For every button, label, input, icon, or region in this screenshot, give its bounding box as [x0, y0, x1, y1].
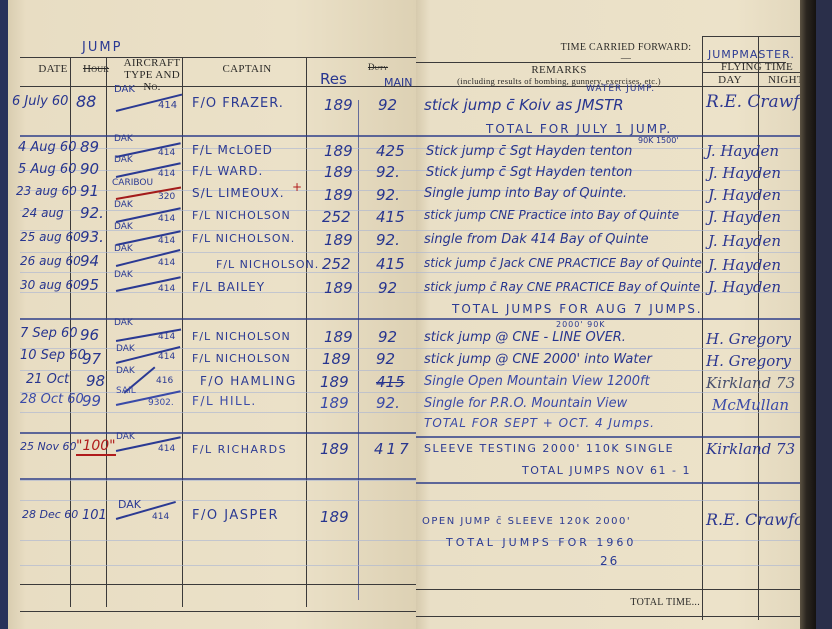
total-time-label: TOTAL TIME...: [566, 597, 700, 608]
row-date: 4 Aug 60: [18, 140, 76, 155]
row-res: 189: [324, 142, 353, 160]
remark-total: TOTAL FOR JULY 1 JUMP.: [486, 122, 672, 136]
footer-line: [416, 616, 812, 617]
row-jump-no: 92.: [80, 204, 104, 222]
month-separator: [20, 135, 416, 137]
month-separator: [20, 432, 416, 434]
res-main-divider: [358, 100, 359, 600]
row-aircraft-type: DAK: [114, 155, 133, 165]
month-separator: [20, 318, 416, 320]
row-main: 92.: [376, 394, 400, 412]
jumpmaster-note: JUMPMASTER.: [708, 48, 795, 61]
row-aircraft-type: DAK: [114, 222, 133, 232]
row-jump-no: 90: [80, 160, 99, 178]
remark-total: TOTAL JUMPS FOR 1960: [446, 536, 636, 549]
row-date: 7 Sep 60: [20, 326, 78, 341]
row-res: 189: [324, 163, 353, 181]
logbook-left-page: JUMP DATE Hour AIRCRAFT TYPE AND No. CAP…: [8, 0, 416, 629]
row-jump-no: 96: [80, 326, 99, 344]
row-captain: F/L NICHOLSON: [192, 330, 291, 343]
column-divider: [702, 36, 703, 620]
row-date: 25 aug 60: [20, 230, 81, 244]
aircraft-label: AIRCRAFT: [124, 57, 181, 69]
row-res: 189: [320, 508, 349, 526]
remarks-sub-label: (including results of bombing, gunnery, …: [416, 76, 702, 86]
row-jump-no: 94: [80, 252, 99, 270]
row-aircraft-type: DAK: [114, 270, 133, 280]
row-aircraft-type: DAK: [114, 134, 133, 144]
row-captain: F/L McLOED: [192, 143, 273, 157]
book-page-edges: [800, 0, 816, 629]
row-captain: F/L NICHOLSON: [192, 209, 291, 222]
remark-text: OPEN JUMP c̄ SLEEVE 120K 2000': [422, 516, 631, 527]
row-res: 189: [324, 231, 353, 249]
row-captain: F/L WARD.: [192, 164, 263, 178]
column-header-day: DAY: [702, 74, 758, 86]
row-aircraft-type: DAK: [114, 84, 135, 95]
row-captain: S/L LIMEOUX.: [192, 186, 285, 200]
row-jump-no: 98: [86, 372, 105, 390]
row-jump-no: 89: [80, 138, 99, 156]
row-captain: F/L NICHOLSON.: [216, 258, 319, 271]
row-jump-no: 91: [80, 182, 99, 200]
logbook-right-page: TIME CARRIED FORWARD:— JUMPMASTER. REMAR…: [416, 0, 816, 629]
row-jump-no: 99: [82, 392, 101, 410]
row-aircraft-no: 414: [158, 100, 177, 111]
footer-line: [416, 589, 812, 590]
month-separator: [416, 482, 812, 484]
remark-text: stick jump @ CNE - LINE OVER.: [424, 330, 626, 345]
remark-text: stick jump @ CNE 2000' into Water: [424, 352, 652, 367]
remark-text: Stick jump c̄ Sgt Hayden tenton: [426, 144, 632, 159]
row-captain: F/L NICHOLSON: [192, 352, 291, 365]
row-aircraft-no: 414: [158, 148, 175, 158]
row-res: 189: [322, 350, 351, 368]
remark-text: Stick jump c̄ Sgt Hayden tenton: [426, 165, 632, 180]
column-header-date: DATE: [22, 63, 84, 75]
row-date: 28 Dec 60: [22, 508, 78, 521]
jumpmaster-signature: H. Gregory: [706, 330, 791, 348]
row-main: 415: [376, 255, 405, 273]
month-separator: [20, 478, 416, 480]
remark-text: SLEEVE TESTING 2000' 110K SINGLE: [424, 442, 674, 455]
jumpmaster-signature: McMullan: [712, 396, 789, 414]
remark-text: stick jump c̄ Koiv as JMSTR: [424, 96, 624, 114]
row-main: 92: [378, 328, 397, 346]
row-aircraft-type: DAK: [116, 344, 135, 354]
jumpmaster-signature: J. Hayden: [708, 278, 781, 296]
row-aircraft-no: 414: [158, 284, 175, 294]
row-captain: F/L NICHOLSON.: [192, 232, 295, 245]
row-aircraft-type: CARIBOU: [112, 178, 153, 188]
row-jump-no: 95: [80, 276, 99, 294]
row-aircraft-no: 414: [158, 444, 175, 454]
remark-text: stick jump c̄ Jack CNE PRACTICE Bay of Q…: [424, 256, 702, 270]
column-divider: [306, 57, 307, 607]
row-aircraft-type: DAK: [114, 244, 133, 254]
row-jump-no-milestone: "100": [76, 438, 116, 456]
remark-text: Single jump into Bay of Quinte.: [424, 186, 627, 201]
row-date: 24 aug: [22, 206, 64, 220]
jump-header-note: JUMP: [82, 40, 122, 55]
column-header-duty: Duty: [358, 62, 398, 72]
row-main: 417: [374, 440, 412, 458]
row-date: 26 aug 60: [20, 254, 81, 268]
row-res: 189: [324, 279, 353, 297]
jumpmaster-signature: J. Hayden: [708, 208, 781, 226]
remark-total: TOTAL JUMPS FOR AUG 7 JUMPS.: [452, 302, 703, 316]
row-aircraft-no: 9302.: [148, 398, 174, 408]
row-captain: F/O HAMLING: [200, 374, 297, 388]
row-date: 28 Oct 60: [20, 392, 84, 407]
jumpmaster-signature: Kirkland 73: [706, 440, 795, 458]
row-jump-no: 97: [82, 350, 101, 368]
column-header-captain: CAPTAIN: [184, 63, 310, 75]
row-aircraft-type: DAK: [116, 366, 135, 376]
jumpmaster-signature: J. Hayden: [708, 164, 781, 182]
row-date: 21 Oct: [26, 372, 69, 387]
jumpmaster-signature: H. Gregory: [706, 352, 791, 370]
row-aircraft-no: 414: [158, 214, 175, 224]
jumpmaster-signature: Kirkland 73: [706, 374, 795, 392]
row-main: 92: [376, 350, 395, 368]
column-header-hour: Hour: [78, 63, 114, 75]
row-aircraft-type: SAIL: [116, 386, 136, 396]
column-header-remarks: REMARKS (including results of bombing, g…: [416, 64, 702, 86]
row-res: 189: [324, 186, 353, 204]
row-aircraft-no: 414: [158, 169, 175, 179]
column-divider: [106, 57, 107, 607]
row-main: 425: [376, 142, 405, 160]
remark-text: single from Dak 414 Bay of Quinte: [424, 232, 649, 247]
remarks-label: REMARKS: [531, 64, 586, 76]
remark-total: TOTAL FOR SEPT + OCT. 4 Jumps.: [424, 416, 655, 430]
footer-line: [20, 584, 416, 585]
row-aircraft-no: 414: [158, 236, 175, 246]
row-res: 189: [320, 394, 349, 412]
column-header-main: MAIN: [384, 76, 413, 89]
column-header-res: Res: [320, 70, 347, 88]
row-captain: F/O FRAZER.: [192, 96, 284, 111]
row-captain: F/L BAILEY: [192, 280, 265, 294]
row-aircraft-type: DAK: [114, 318, 133, 328]
red-cross-mark: +: [292, 180, 302, 194]
row-aircraft-no: 414: [152, 512, 169, 522]
time-carried-forward-label: TIME CARRIED FORWARD:—: [556, 42, 696, 64]
flying-time-top-line: [702, 36, 812, 37]
jumpmaster-signature: J. Hayden: [708, 232, 781, 250]
remark-total: TOTAL JUMPS NOV 61 - 1: [522, 464, 691, 477]
row-res: 189: [324, 328, 353, 346]
row-main: 415: [376, 373, 405, 391]
row-aircraft-type: DAK: [116, 432, 135, 442]
jumpmaster-signature: J. Hayden: [708, 256, 781, 274]
row-date: 23 aug 60: [16, 184, 77, 198]
jumpmaster-signature: J. Hayden: [708, 186, 781, 204]
row-main: 92.: [376, 186, 400, 204]
row-main: 92.: [376, 163, 400, 181]
remark-text: stick jump CNE Practice into Bay of Quin…: [424, 208, 679, 222]
row-main: 92: [378, 279, 397, 297]
remark-note: WATER JUMP.: [586, 84, 655, 94]
row-aircraft-type: DAK: [118, 498, 141, 511]
jumpmaster-signature: J. Hayden: [706, 142, 779, 160]
row-date: 25 Nov 60: [20, 440, 76, 453]
row-res: 252: [322, 208, 351, 226]
remark-note: 90K 1500': [638, 136, 679, 145]
book-cover-edge: [0, 0, 8, 629]
row-date: 10 Sep 60: [20, 348, 86, 363]
row-res: 189: [324, 96, 353, 114]
row-main: 92: [378, 96, 397, 114]
year-total-count: 26: [600, 554, 619, 568]
row-date: 6 July 60: [12, 94, 68, 109]
row-captain: F/O JASPER: [192, 508, 279, 523]
remark-note: 2000' 90K: [556, 320, 606, 329]
row-captain: F/L HILL.: [192, 394, 257, 408]
row-aircraft-no: 414: [158, 352, 175, 362]
header-top-line: [20, 57, 416, 58]
month-separator: [416, 436, 812, 438]
remark-text: stick jump c̄ Ray CNE PRACTICE Bay of Qu…: [424, 280, 700, 294]
footer-line: [20, 611, 416, 612]
row-aircraft-no: 320: [158, 192, 175, 202]
row-date: 5 Aug 60: [18, 162, 76, 177]
month-separator: [416, 318, 812, 320]
remark-text: Single for P.R.O. Mountain View: [424, 396, 627, 411]
row-aircraft-no: 414: [158, 258, 175, 268]
row-main: 415: [376, 208, 405, 226]
row-jump-no: 101: [82, 508, 107, 523]
row-res: 189: [320, 373, 349, 391]
column-divider: [182, 57, 183, 607]
row-date: 30 aug 60: [20, 278, 81, 292]
row-jump-no: 93.: [80, 228, 104, 246]
row-res: 252: [322, 255, 351, 273]
row-aircraft-no: 416: [156, 376, 173, 386]
row-captain: F/L RICHARDS: [192, 443, 287, 456]
column-header-flying-time: FLYING TIME: [702, 61, 812, 73]
remark-text: Single Open Mountain View 1200ft: [424, 374, 650, 389]
row-aircraft-type: DAK: [114, 200, 133, 210]
row-main: 92.: [376, 231, 400, 249]
row-res: 189: [320, 440, 349, 458]
row-jump-no: 88: [76, 92, 96, 111]
header-bottom-line: [20, 86, 416, 87]
column-divider: [758, 36, 759, 620]
